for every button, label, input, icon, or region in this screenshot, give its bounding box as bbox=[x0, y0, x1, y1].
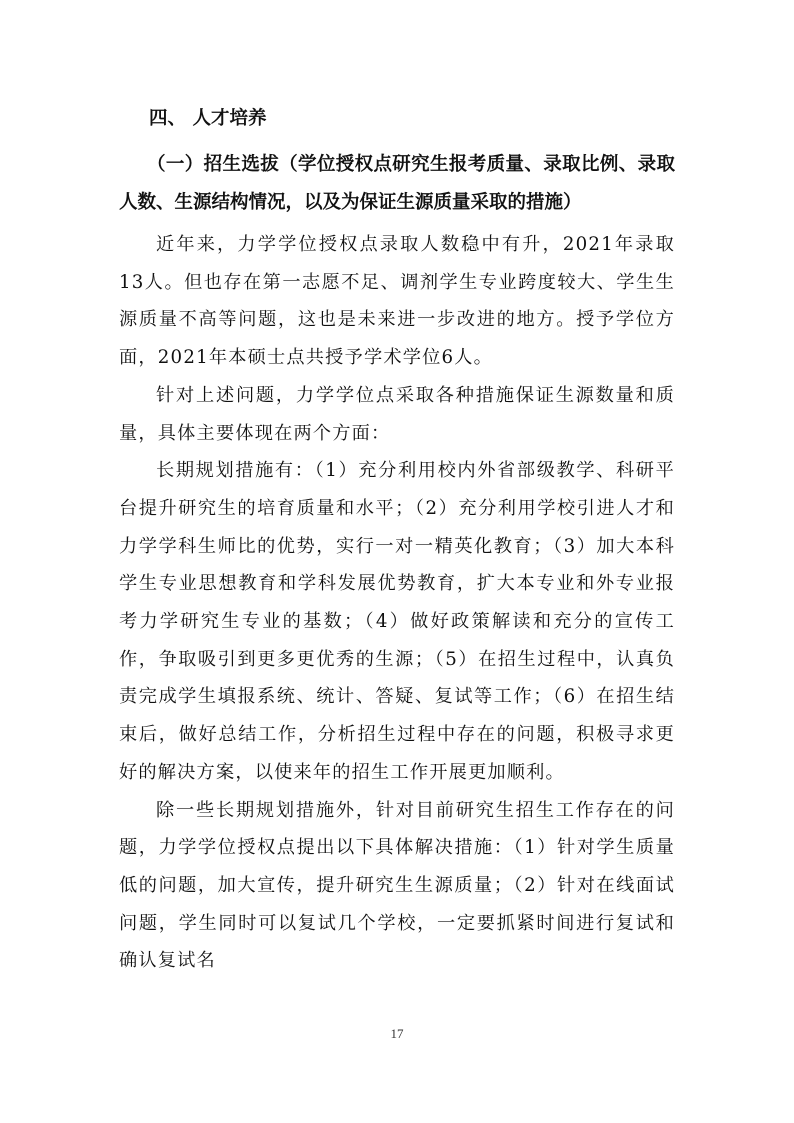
paragraph: 近年来，力学学位授权点录取人数稳中有升，2021年录取13人。但也存在第一志愿不… bbox=[119, 226, 675, 377]
paragraph: 除一些长期规划措施外，针对目前研究生招生工作存在的问题，力学学位授权点提出以下具… bbox=[119, 792, 675, 981]
paragraph: 长期规划措施有：（1）充分利用校内外省部级教学、科研平台提升研究生的培育质量和水… bbox=[119, 452, 675, 791]
page-number: 17 bbox=[0, 1026, 794, 1042]
paragraph: 针对上述问题，力学学位点采取各种措施保证生源数量和质量，具体主要体现在两个方面： bbox=[119, 377, 675, 452]
section-heading: 四、 人才培养 bbox=[149, 105, 266, 133]
subsection-heading: （一）招生选拔（学位授权点研究生报考质量、录取比例、录取人数、生源结构情况，以及… bbox=[119, 146, 675, 222]
body-text: 近年来，力学学位授权点录取人数稳中有升，2021年录取13人。但也存在第一志愿不… bbox=[119, 226, 675, 980]
